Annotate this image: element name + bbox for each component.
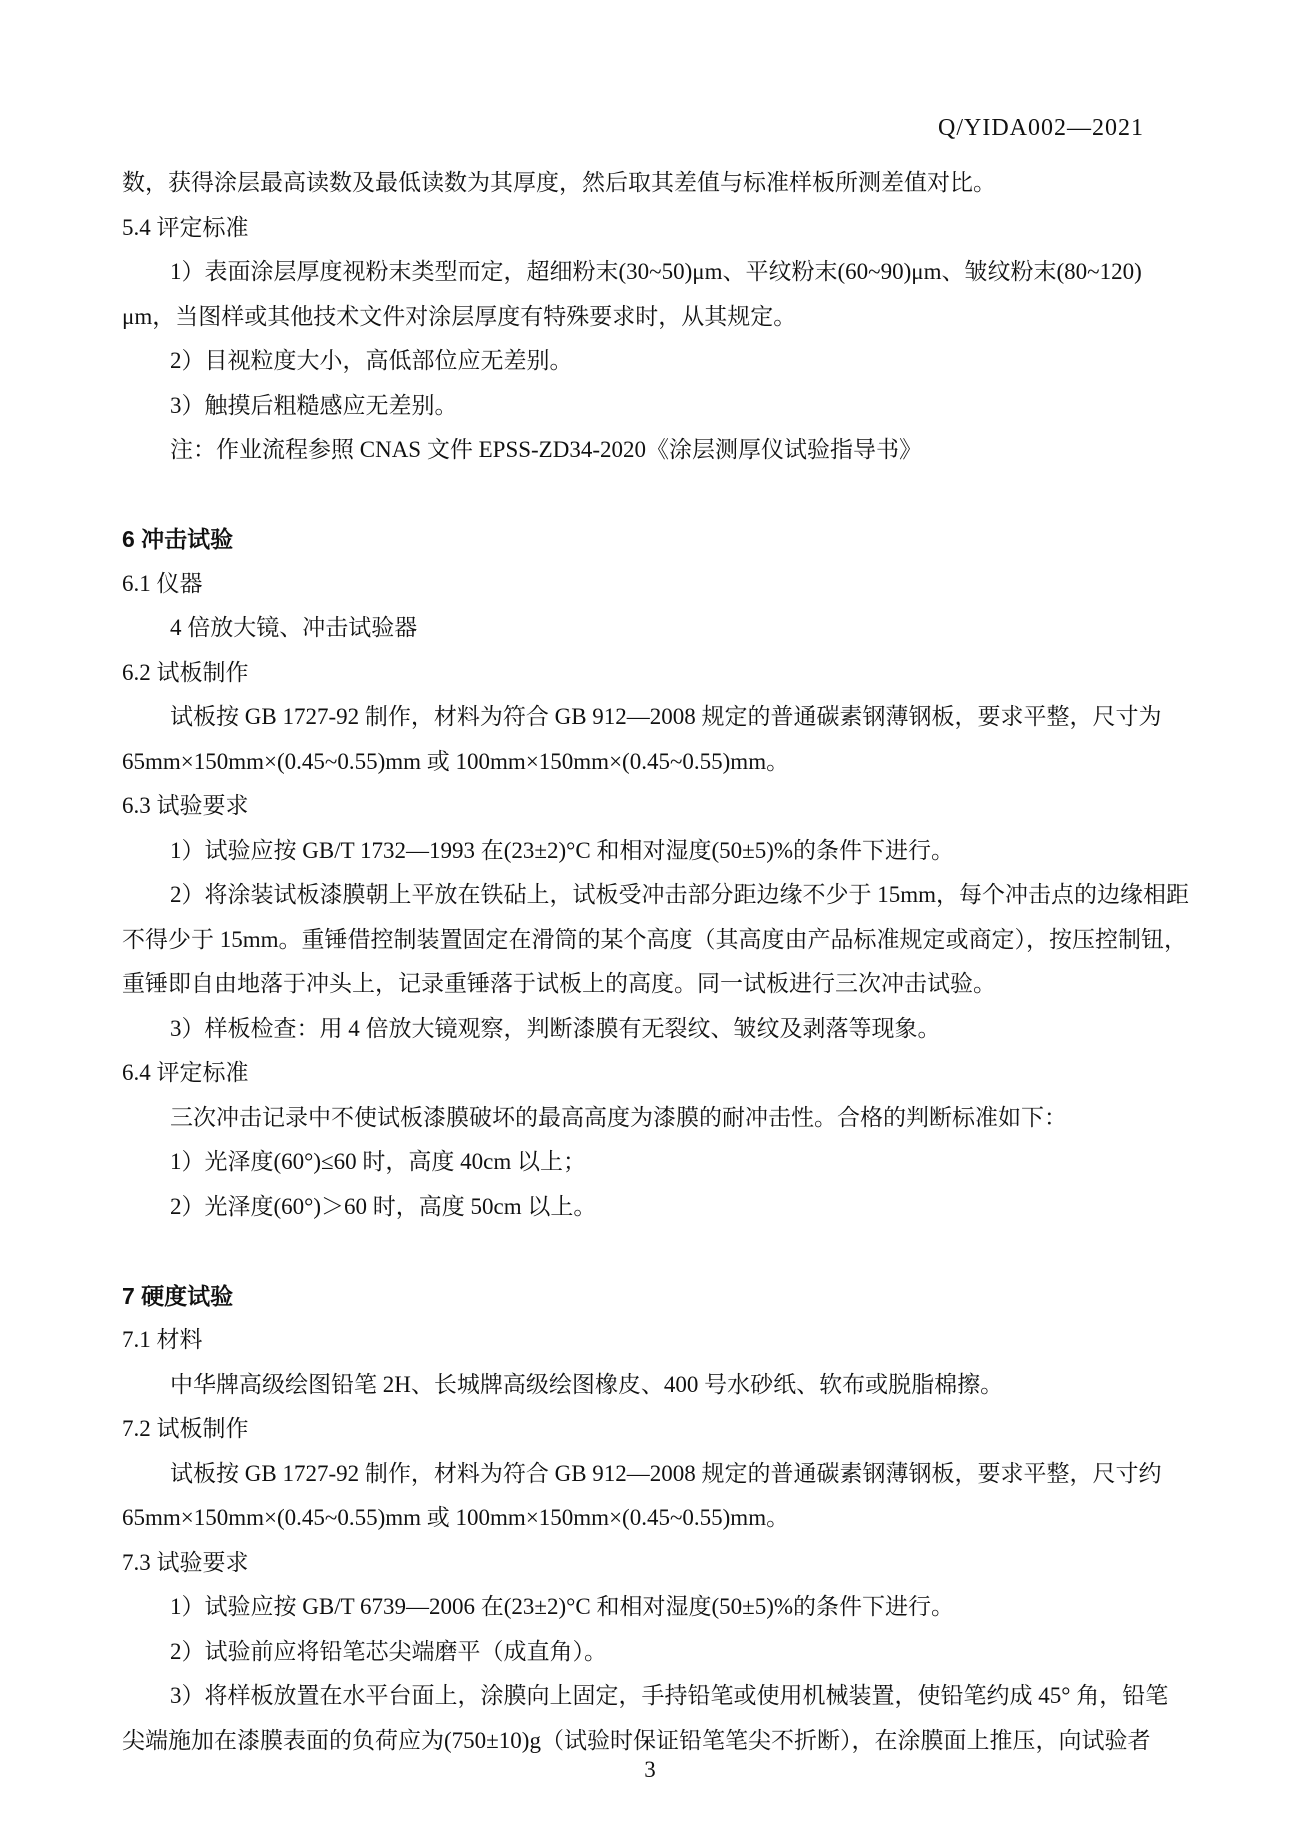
subsection-heading: 6.4 评定标准 [122,1051,1180,1096]
subsection-heading: 7.3 试验要求 [122,1541,1180,1586]
paragraph-line: 2）试验前应将铅笔芯尖端磨平（成直角）。 [122,1630,1180,1675]
document-page: Q/YIDA002—2021 数，获得涂层最高读数及最低读数为其厚度，然后取其差… [0,0,1300,1839]
subsection-heading: 6.3 试验要求 [122,784,1180,829]
paragraph-line: 3）将样板放置在水平台面上，涂膜向上固定，手持铅笔或使用机械装置，使铅笔约成 4… [122,1674,1180,1719]
paragraph-line: 数，获得涂层最高读数及最低读数为其厚度，然后取其差值与标准样板所测差值对比。 [122,161,1180,206]
paragraph-line: 试板按 GB 1727-92 制作，材料为符合 GB 912—2008 规定的普… [122,1452,1180,1497]
paragraph-line: 中华牌高级绘图铅笔 2H、长城牌高级绘图橡皮、400 号水砂纸、软布或脱脂棉擦。 [122,1363,1180,1408]
paragraph-line: μm，当图样或其他技术文件对涂层厚度有特殊要求时，从其规定。 [122,295,1180,340]
paragraph-line: 注：作业流程参照 CNAS 文件 EPSS-ZD34-2020《涂层测厚仪试验指… [122,428,1180,473]
paragraph-line: 2）光泽度(60°)＞60 时，高度 50cm 以上。 [122,1185,1180,1230]
subsection-heading: 5.4 评定标准 [122,206,1180,251]
document-body: 数，获得涂层最高读数及最低读数为其厚度，然后取其差值与标准样板所测差值对比。5.… [122,161,1180,1763]
section-heading: 6 冲击试验 [122,517,1180,562]
paragraph-line: 三次冲击记录中不使试板漆膜破坏的最高高度为漆膜的耐冲击性。合格的判断标准如下： [122,1096,1180,1141]
paragraph-line: 1）试验应按 GB/T 6739—2006 在(23±2)°C 和相对湿度(50… [122,1585,1180,1630]
paragraph-line: 1）光泽度(60°)≤60 时，高度 40cm 以上； [122,1140,1180,1185]
paragraph-line: 3）触摸后粗糙感应无差别。 [122,384,1180,429]
paragraph-line: 试板按 GB 1727-92 制作，材料为符合 GB 912—2008 规定的普… [122,695,1180,740]
paragraph-line: 3）样板检查：用 4 倍放大镜观察，判断漆膜有无裂纹、皱纹及剥落等现象。 [122,1007,1180,1052]
subsection-heading: 7.2 试板制作 [122,1407,1180,1452]
subsection-heading: 6.2 试板制作 [122,651,1180,696]
document-code-header: Q/YIDA002—2021 [938,112,1144,144]
paragraph-line: 1）表面涂层厚度视粉末类型而定，超细粉末(30~50)μm、平纹粉末(60~90… [122,250,1180,295]
paragraph-line: 1）试验应按 GB/T 1732—1993 在(23±2)°C 和相对湿度(50… [122,829,1180,874]
paragraph-line: 65mm×150mm×(0.45~0.55)mm 或 100mm×150mm×(… [122,740,1180,785]
paragraph-line: 不得少于 15mm。重锤借控制装置固定在滑筒的某个高度（其高度由产品标准规定或商… [122,918,1180,963]
subsection-heading: 6.1 仪器 [122,562,1180,607]
section-heading: 7 硬度试验 [122,1274,1180,1319]
paragraph-line: 65mm×150mm×(0.45~0.55)mm 或 100mm×150mm×(… [122,1496,1180,1541]
page-number: 3 [0,1754,1300,1786]
paragraph-line: 4 倍放大镜、冲击试验器 [122,606,1180,651]
paragraph-line: 2）目视粒度大小，高低部位应无差别。 [122,339,1180,384]
paragraph-line: 重锤即自由地落于冲头上，记录重锤落于试板上的高度。同一试板进行三次冲击试验。 [122,962,1180,1007]
paragraph-line: 2）将涂装试板漆膜朝上平放在铁砧上，试板受冲击部分距边缘不少于 15mm，每个冲… [122,873,1180,918]
subsection-heading: 7.1 材料 [122,1318,1180,1363]
